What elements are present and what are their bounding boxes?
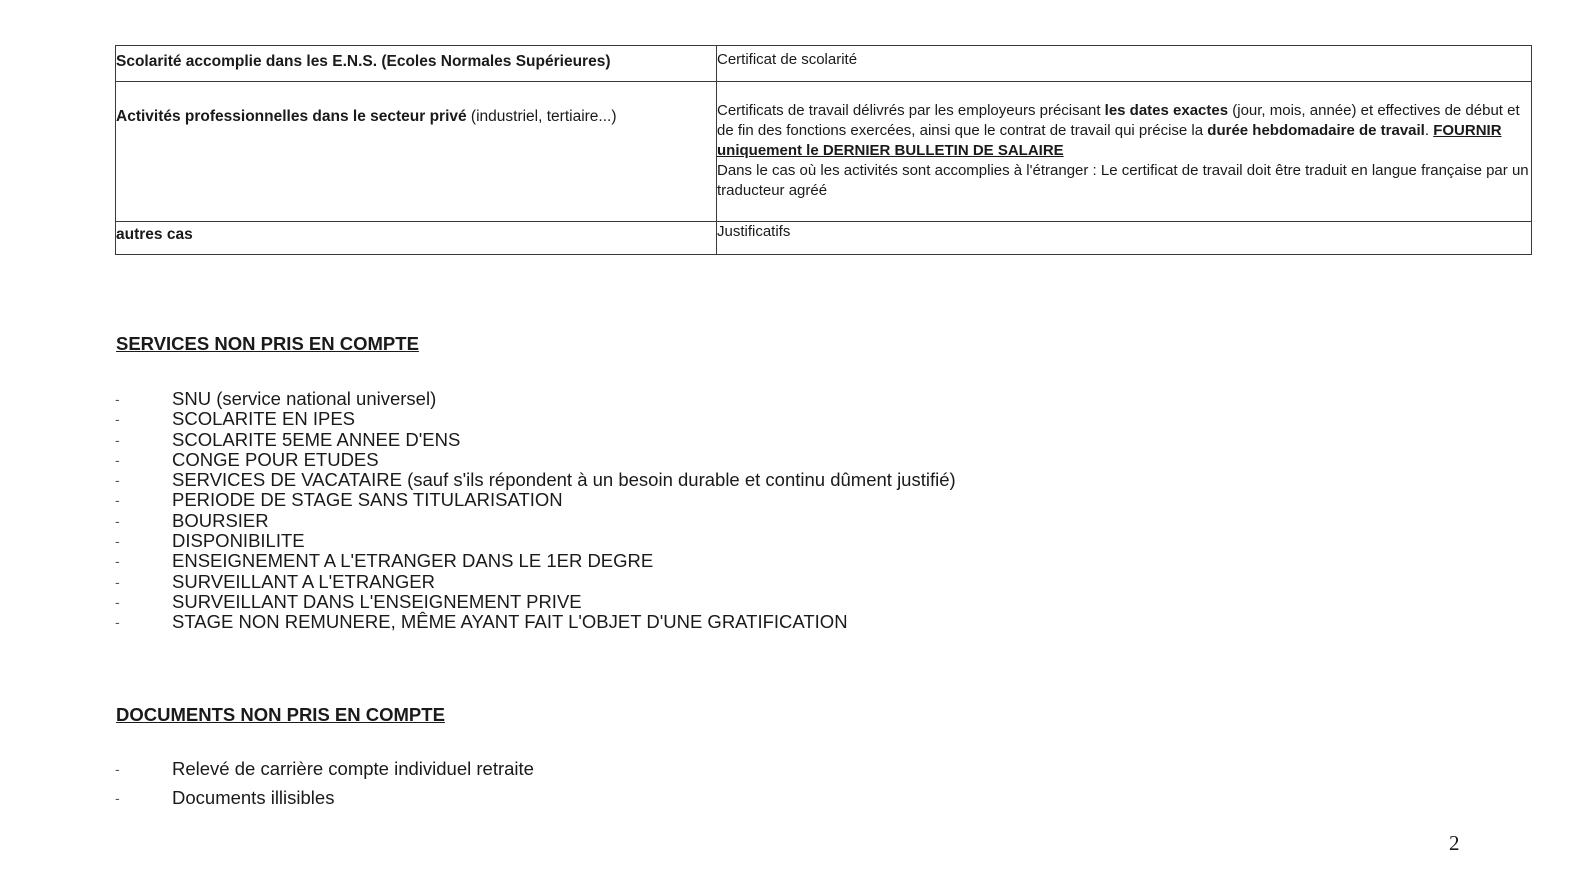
service-label-bold: Scolarité accomplie dans les E.N.S. (Eco… — [116, 53, 610, 70]
list-item-text: SERVICES DE VACATAIRE (sauf s'ils répond… — [172, 469, 956, 490]
bullet-dash-icon: - — [115, 490, 120, 510]
document-cell: Certificats de travail délivrés par les … — [717, 82, 1532, 222]
bullet-dash-icon: - — [115, 551, 120, 571]
list-item-text: DISPONIBILITE — [172, 530, 305, 551]
bullet-dash-icon: - — [115, 430, 120, 450]
body-text: Justificatifs — [717, 223, 790, 240]
services-section-title: SERVICES NON PRIS EN COMPTE — [116, 333, 419, 355]
list-item: -SNU (service national universel) — [115, 389, 956, 409]
document-text: Justificatifs — [717, 222, 1531, 242]
list-item: -SCOLARITE EN IPES — [115, 409, 956, 429]
list-item-text: BOURSIER — [172, 510, 269, 531]
bullet-dash-icon: - — [115, 759, 120, 779]
table-row: autres cas Justificatifs — [116, 222, 1532, 255]
document-text: Certificats de travail délivrés par les … — [717, 82, 1531, 201]
list-item-text: SCOLARITE 5EME ANNEE D'ENS — [172, 429, 460, 450]
body-text: . — [1425, 122, 1433, 139]
bullet-dash-icon: - — [115, 450, 120, 470]
documents-section-title: DOCUMENTS NON PRIS EN COMPTE — [116, 704, 445, 726]
list-item-text: SURVEILLANT DANS L'ENSEIGNEMENT PRIVE — [172, 591, 582, 612]
service-label-bold: Activités professionnelles dans le secte… — [116, 108, 467, 125]
list-item: -Relevé de carrière compte individuel re… — [115, 759, 534, 788]
list-item-text: Documents illisibles — [172, 787, 334, 808]
page-number: 2 — [1449, 831, 1460, 856]
service-label-bold: autres cas — [116, 226, 193, 243]
list-item: -BOURSIER — [115, 511, 956, 531]
body-text: Dans le cas où les activités sont accomp… — [717, 162, 1529, 199]
list-item: -SERVICES DE VACATAIRE (sauf s'ils répon… — [115, 470, 956, 490]
emphasis-text: les dates exactes — [1105, 102, 1228, 119]
documents-list: -Relevé de carrière compte individuel re… — [115, 759, 534, 817]
bullet-dash-icon: - — [115, 572, 120, 592]
list-item: -PERIODE DE STAGE SANS TITULARISATION — [115, 490, 956, 510]
service-label-detail: (industriel, tertiaire...) — [467, 108, 617, 125]
list-item: -Documents illisibles — [115, 788, 534, 817]
service-cell: autres cas — [116, 222, 717, 255]
body-text: Certificats de travail délivrés par les … — [717, 102, 1105, 119]
table-row: Scolarité accomplie dans les E.N.S. (Eco… — [116, 46, 1532, 82]
list-item: -SURVEILLANT A L'ETRANGER — [115, 572, 956, 592]
service-cell: Activités professionnelles dans le secte… — [116, 82, 717, 222]
list-item-text: PERIODE DE STAGE SANS TITULARISATION — [172, 489, 563, 510]
bullet-dash-icon: - — [115, 511, 120, 531]
list-item: -SCOLARITE 5EME ANNEE D'ENS — [115, 430, 956, 450]
list-item-text: STAGE NON REMUNERE, MÊME AYANT FAIT L'OB… — [172, 611, 848, 632]
bullet-dash-icon: - — [115, 612, 120, 632]
bullet-dash-icon: - — [115, 592, 120, 612]
list-item: -CONGE POUR ETUDES — [115, 450, 956, 470]
services-list: -SNU (service national universel)-SCOLAR… — [115, 389, 956, 633]
list-item-text: CONGE POUR ETUDES — [172, 449, 379, 470]
list-item: -DISPONIBILITE — [115, 531, 956, 551]
body-text: Certificat de scolarité — [717, 51, 857, 68]
bullet-dash-icon: - — [115, 470, 120, 490]
list-item: -STAGE NON REMUNERE, MÊME AYANT FAIT L'O… — [115, 612, 956, 632]
document-cell: Certificat de scolarité — [717, 46, 1532, 82]
bullet-dash-icon: - — [115, 389, 120, 409]
list-item-text: ENSEIGNEMENT A L'ETRANGER DANS LE 1ER DE… — [172, 550, 653, 571]
bullet-dash-icon: - — [115, 788, 120, 808]
list-item-text: Relevé de carrière compte individuel ret… — [172, 758, 534, 779]
list-item-text: SNU (service national universel) — [172, 388, 436, 409]
service-cell: Scolarité accomplie dans les E.N.S. (Eco… — [116, 46, 717, 82]
list-item: -ENSEIGNEMENT A L'ETRANGER DANS LE 1ER D… — [115, 551, 956, 571]
list-item: -SURVEILLANT DANS L'ENSEIGNEMENT PRIVE — [115, 592, 956, 612]
document-text: Certificat de scolarité — [717, 46, 1531, 70]
emphasis-text: durée hebdomadaire de travail — [1207, 122, 1425, 139]
bullet-dash-icon: - — [115, 409, 120, 429]
list-item-text: SCOLARITE EN IPES — [172, 408, 355, 429]
list-item-text: SURVEILLANT A L'ETRANGER — [172, 571, 435, 592]
bullet-dash-icon: - — [115, 531, 120, 551]
table-row: Activités professionnelles dans le secte… — [116, 82, 1532, 222]
document-cell: Justificatifs — [717, 222, 1532, 255]
justification-table: Scolarité accomplie dans les E.N.S. (Eco… — [115, 45, 1532, 255]
